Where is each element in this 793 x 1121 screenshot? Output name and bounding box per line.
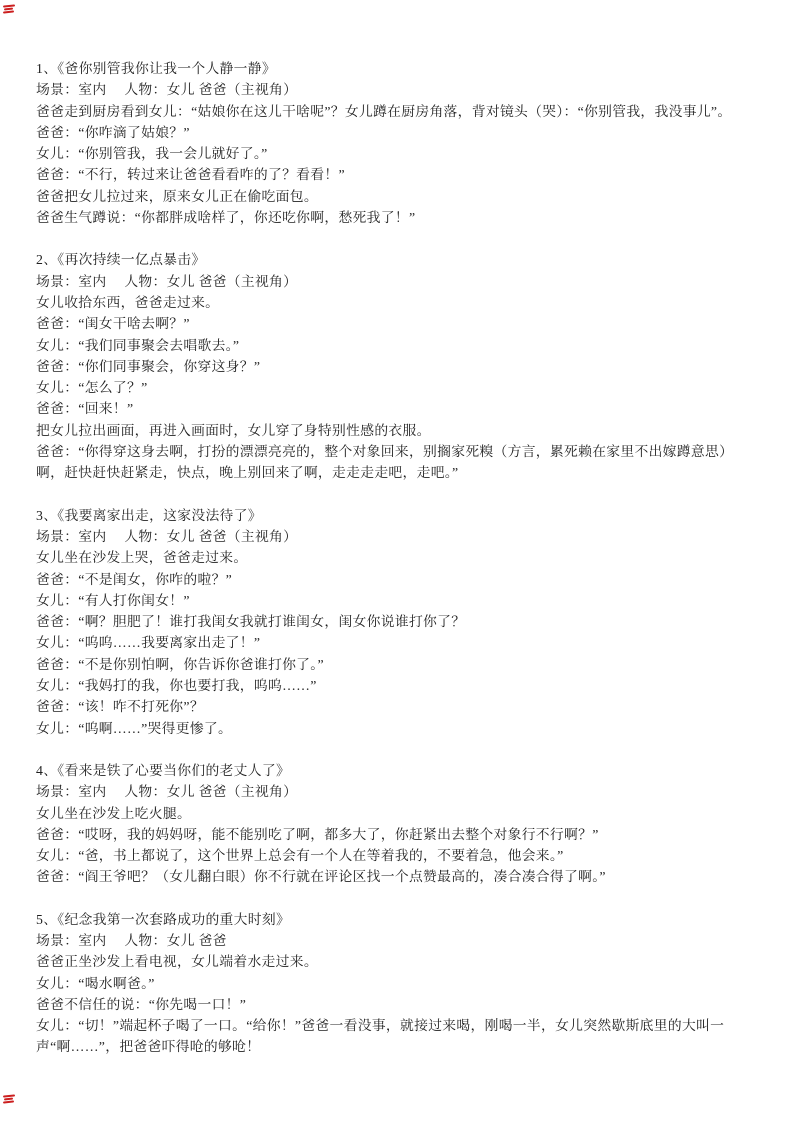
- script-line: 爸爸：“闺女干啥去啊？”: [36, 313, 759, 334]
- script-line: 爸爸：“该！咋不打死你”？: [36, 696, 759, 717]
- script-section: 5、《纪念我第一次套路成功的重大时刻》 场景：室内 人物：女儿 爸爸爸爸正坐沙发…: [36, 909, 759, 1058]
- script-line: 爸爸：“哎呀，我的妈妈呀，能不能别吃了啊，都多大了，你赶紧出去整个对象行不行啊？…: [36, 824, 759, 845]
- script-line: 场景：室内 人物：女儿 爸爸: [36, 930, 759, 951]
- script-line: 女儿：“呜呜……我要离家出走了！”: [36, 632, 759, 653]
- script-section: 4、《看来是铁了心要当你们的老丈人了》 场景：室内 人物：女儿 爸爸（主视角）女…: [36, 760, 759, 888]
- script-line: 场景：室内 人物：女儿 爸爸（主视角）: [36, 781, 759, 802]
- document-page: 1、《爸你别管我你让我一个人静一静》 场景：室内 人物：女儿 爸爸（主视角）爸爸…: [0, 0, 793, 1121]
- script-line: 女儿：“我们同事聚会去唱歌去。”: [36, 335, 759, 356]
- script-line: 爸爸走到厨房看到女儿：“姑娘你在这儿干啥呢”？女儿蹲在厨房角落，背对镜头（哭）：…: [36, 101, 759, 122]
- section-title: 4、《看来是铁了心要当你们的老丈人了》: [36, 760, 759, 781]
- script-line: 把女儿拉出画面，再进入画面时，女儿穿了身特别性感的衣服。: [36, 420, 759, 441]
- script-line: 爸爸：“不是闺女，你咋的啦？”: [36, 569, 759, 590]
- script-line: 女儿坐在沙发上吃火腿。: [36, 803, 759, 824]
- script-line: 爸爸正坐沙发上看电视，女儿端着水走过来。: [36, 951, 759, 972]
- section-title: 1、《爸你别管我你让我一个人静一静》: [36, 58, 759, 79]
- script-line: 女儿：“有人打你闺女！”: [36, 590, 759, 611]
- script-line: 女儿：“怎么了？”: [36, 377, 759, 398]
- script-line: 女儿收拾东西，爸爸走过来。: [36, 292, 759, 313]
- script-line: 场景：室内 人物：女儿 爸爸（主视角）: [36, 271, 759, 292]
- script-line: 爸爸：“阎王爷吧？（女儿翻白眼）你不行就在评论区找一个点赞最高的，凑合凑合得了啊…: [36, 866, 759, 887]
- script-section: 3、《我要离家出走，这家没法待了》 场景：室内 人物：女儿 爸爸（主视角）女儿坐…: [36, 505, 759, 739]
- script-line: 爸爸：“回来！”: [36, 398, 759, 419]
- script-line: 爸爸：“不行，转过来让爸爸看看咋的了？看看！”: [36, 164, 759, 185]
- script-line: 爸爸生气蹲说：“你都胖成啥样了，你还吃你啊，愁死我了！”: [36, 207, 759, 228]
- section-title: 2、《再次持续一亿点暴击》: [36, 249, 759, 270]
- script-line: 爸爸：“不是你别怕啊，你告诉你爸谁打你了。”: [36, 654, 759, 675]
- script-line: 爸爸：“你咋滴了姑娘？”: [36, 122, 759, 143]
- script-line: 场景：室内 人物：女儿 爸爸（主视角）: [36, 79, 759, 100]
- script-line: 爸爸：“啊？胆肥了！谁打我闺女我就打谁闺女，闺女你说谁打你了？: [36, 611, 759, 632]
- script-section: 2、《再次持续一亿点暴击》 场景：室内 人物：女儿 爸爸（主视角）女儿收拾东西，…: [36, 249, 759, 483]
- script-line: 女儿：“你别管我，我一会儿就好了。”: [36, 143, 759, 164]
- script-line: 女儿坐在沙发上哭，爸爸走过来。: [36, 547, 759, 568]
- red-scribble-annotation-bottom: [3, 1095, 16, 1104]
- section-title: 3、《我要离家出走，这家没法待了》: [36, 505, 759, 526]
- script-section: 1、《爸你别管我你让我一个人静一静》 场景：室内 人物：女儿 爸爸（主视角）爸爸…: [36, 58, 759, 228]
- script-line: 女儿：“切！”端起杯子喝了一口。“给你！”爸爸一看没事，就接过来喝，刚喝一半，女…: [36, 1015, 759, 1058]
- script-line: 女儿：“爸，书上都说了，这个世界上总会有一个人在等着我的，不要着急，他会来。”: [36, 845, 759, 866]
- script-document: 1、《爸你别管我你让我一个人静一静》 场景：室内 人物：女儿 爸爸（主视角）爸爸…: [0, 0, 793, 1058]
- script-line: 爸爸：“你们同事聚会，你穿这身？”: [36, 356, 759, 377]
- script-line: 女儿：“喝水啊爸。”: [36, 973, 759, 994]
- script-line: 爸爸把女儿拉过来，原来女儿正在偷吃面包。: [36, 186, 759, 207]
- script-line: 女儿：“我妈打的我，你也要打我，呜呜……”: [36, 675, 759, 696]
- section-title: 5、《纪念我第一次套路成功的重大时刻》: [36, 909, 759, 930]
- script-line: 爸爸不信任的说：“你先喝一口！”: [36, 994, 759, 1015]
- red-scribble-annotation-top: [3, 5, 16, 14]
- script-line: 女儿：“呜啊……”哭得更惨了。: [36, 718, 759, 739]
- script-line: 爸爸：“你得穿这身去啊，打扮的漂漂亮亮的，整个对象回来，别搁家死糗（方言，累死赖…: [36, 441, 759, 484]
- script-line: 场景：室内 人物：女儿 爸爸（主视角）: [36, 526, 759, 547]
